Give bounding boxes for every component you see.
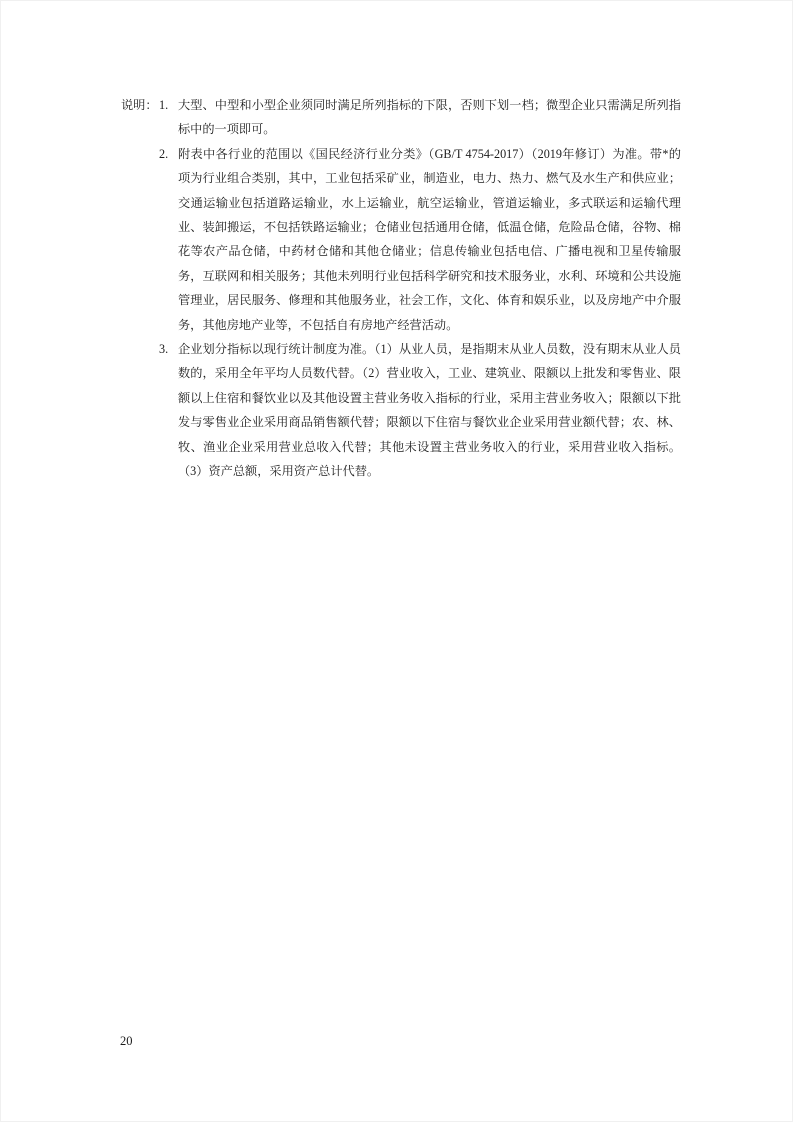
note-item-3-text: 企业划分指标以现行统计制度为准。（1）从业人员，是指期末从业人员数，没有期末从业… [178, 337, 681, 483]
notes-label: 说明： [121, 93, 158, 117]
page-number: 20 [120, 1035, 133, 1048]
note-item-1: 1. 大型、中型和小型企业须同时满足所列指标的下限，否则下划一档；微型企业只需满… [159, 93, 681, 142]
notes-list: 1. 大型、中型和小型企业须同时满足所列指标的下限，否则下划一档；微型企业只需满… [159, 93, 681, 484]
note-item-1-text: 大型、中型和小型企业须同时满足所列指标的下限，否则下划一档；微型企业只需满足所列… [178, 93, 681, 142]
note-item-1-number: 1. [159, 93, 178, 117]
note-item-2-number: 2. [159, 142, 178, 166]
document-page: 说明： 1. 大型、中型和小型企业须同时满足所列指标的下限，否则下划一档；微型企… [0, 0, 793, 1122]
note-item-2: 2. 附表中各行业的范围以《国民经济行业分类》（GB/T 4754-2017）（… [159, 142, 681, 337]
notes-section: 说明： 1. 大型、中型和小型企业须同时满足所列指标的下限，否则下划一档；微型企… [121, 93, 681, 484]
note-item-2-text: 附表中各行业的范围以《国民经济行业分类》（GB/T 4754-2017）（201… [178, 142, 681, 337]
note-item-3: 3. 企业划分指标以现行统计制度为准。（1）从业人员，是指期末从业人员数，没有期… [159, 337, 681, 483]
note-item-3-number: 3. [159, 337, 178, 361]
